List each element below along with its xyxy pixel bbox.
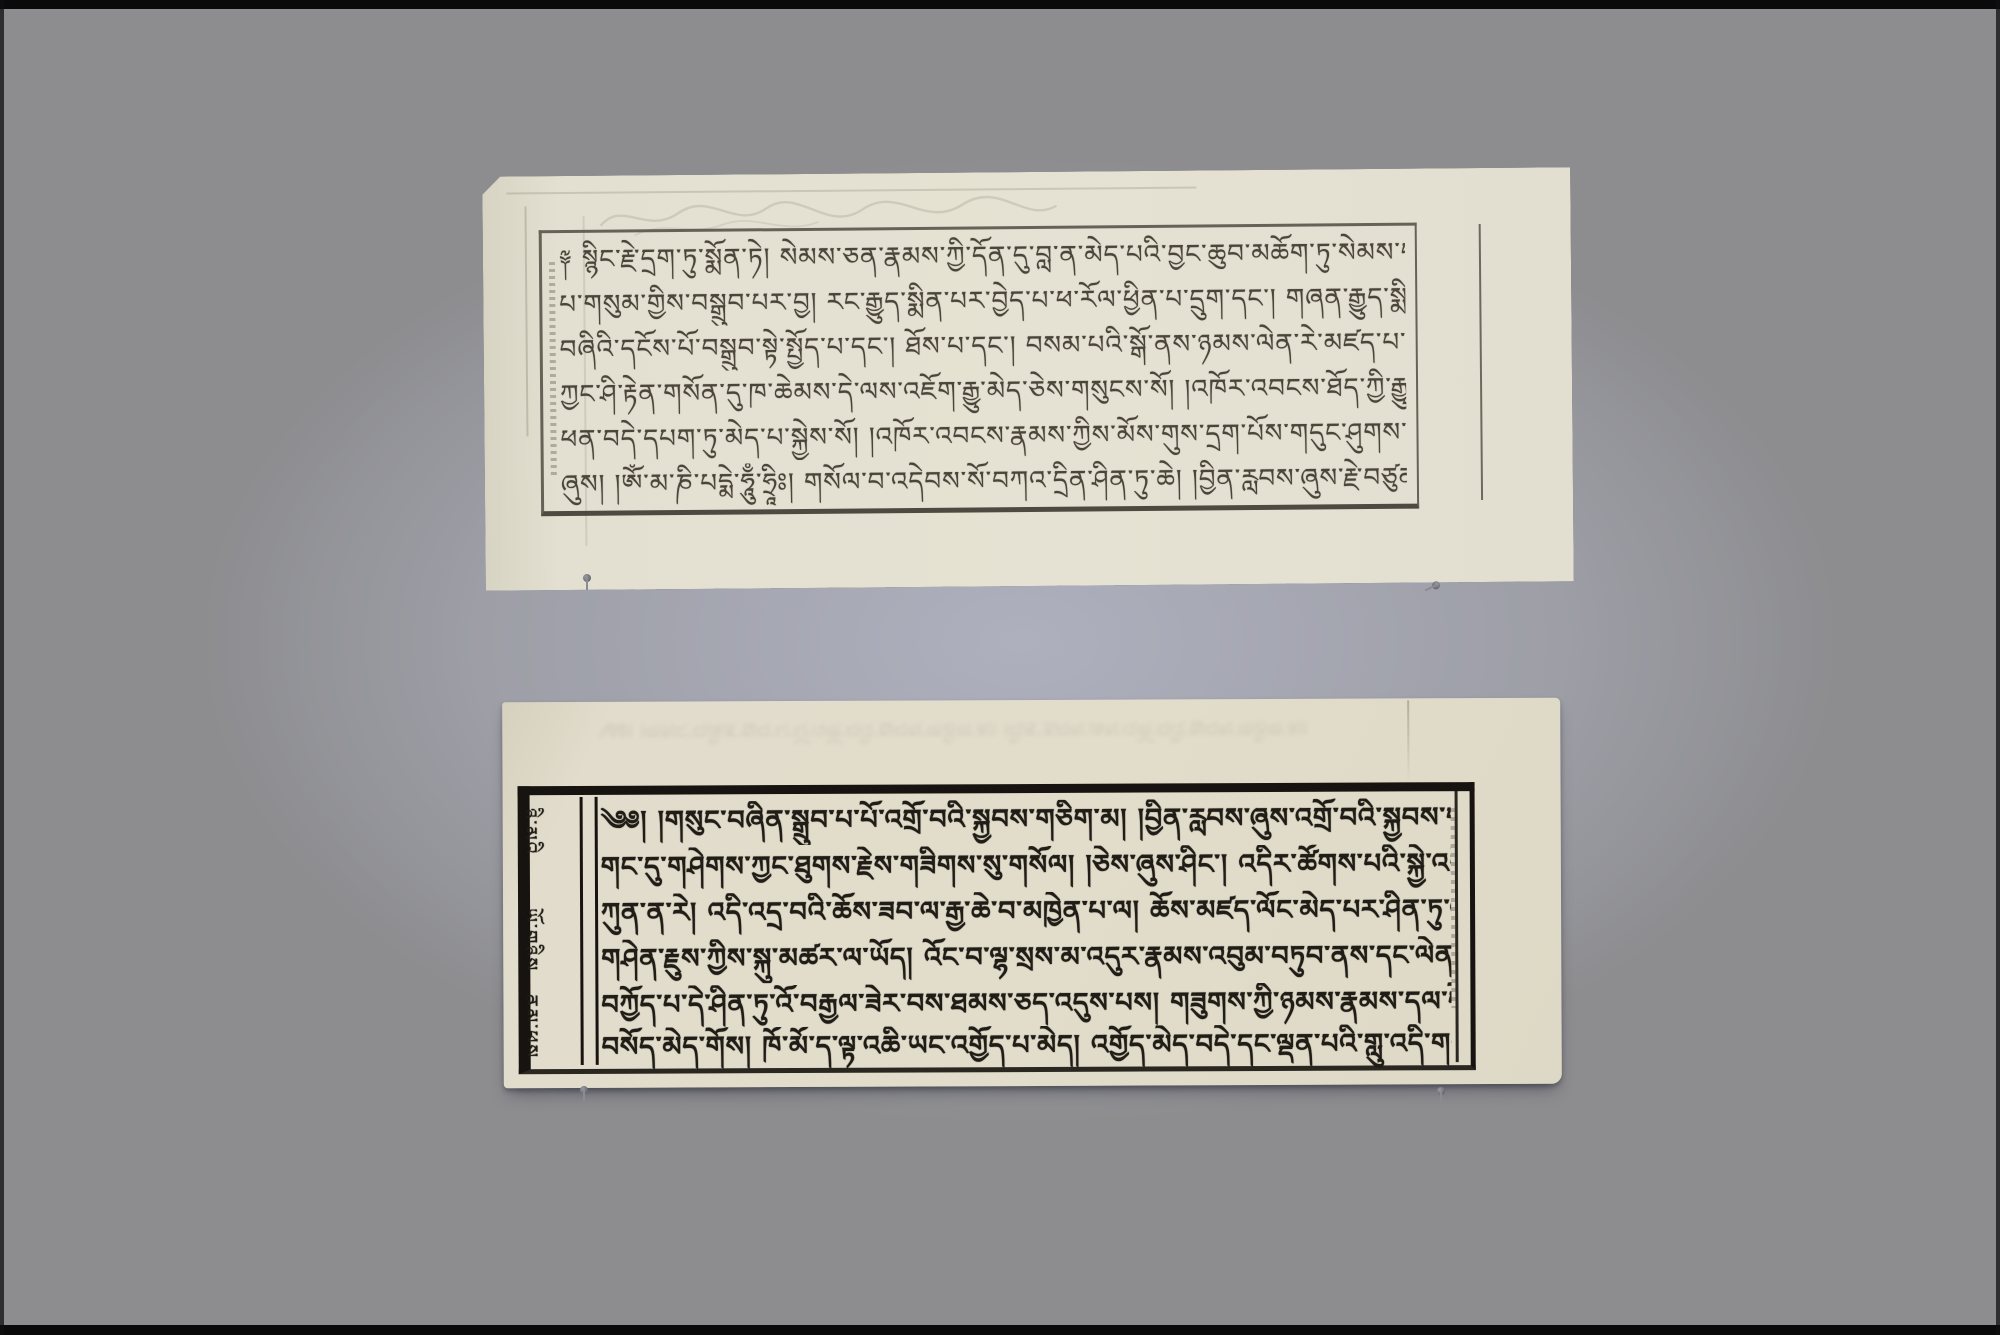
margin-label: ནམ་ཕས — [527, 994, 557, 1080]
text-line: ཀུན་ན་རེ། འདི་འདྲ་བའི་ཆོས་ཟབ་ལ་རྒྱ་ཆེ་བ་… — [601, 890, 1451, 938]
film-edge-right — [1996, 0, 2000, 1335]
film-edge-left — [0, 0, 4, 1335]
text-line: ཞུས། །ཨོཾ་མ་ཎི་པདྨེ་ཧཱུྃ་ཧྲཱིཿ། གསོལ་བ་འ… — [561, 458, 1407, 507]
text-line: ཕན་བདེ་དཔག་ཏུ་མེད་པ་སྐྱེས་སོ། །འཁོར་འབངས… — [560, 413, 1406, 462]
text-line: གང་དུ་གཤེགས་ཀྱང་ཐུགས་རྗེས་གཟིགས་སུ་གསོལ།… — [601, 844, 1451, 892]
text-line: ༄༅། །གསུང་བཞིན་སྒྲུབ་པ་པོ་འགྲོ་བའི་སྐྱབས… — [601, 798, 1451, 846]
pin-stem — [583, 1090, 585, 1102]
text-line: བསོད་མེད་གོས། ཁོ་མོ་ད་ལྟ་འཆི་ཡང་འགྱོད་པ་… — [602, 1024, 1452, 1072]
text-line: བཀྱོད་པ་དེ་ཤིན་ཏུ་འོ་བརྒྱལ་ཟེར་བས་ཐམས་ཅད… — [601, 982, 1451, 1030]
folio-top-leaf: ༈ སྙིང་རྗེ་དྲག་ཏུ་སྨོན་ཏེ། སེམས་ཅན་རྣམས་… — [482, 167, 1574, 590]
margin-label: ཡོ་གཉིས — [527, 908, 557, 994]
text-line: པ་གསུམ་གྱིས་བསྒྲུབ་པར་བྱ། རང་རྒྱུད་སྨིན་… — [559, 278, 1405, 327]
folio-bottom-leaf: ༄༅། །གསུང་བཞིན་སྒྲུབ་པ་པོ་འགྲོ་བའི་སྐྱབས… — [502, 698, 1562, 1089]
film-edge-bottom — [0, 1325, 2000, 1335]
text-line: གཤེན་རྗུས་ཀྱིས་སྐུ་མཚར་ལ་ཡོད། འོང་བ་ལྷ་ས… — [601, 936, 1451, 984]
margin-label: ཉི་མའི — [527, 808, 557, 894]
printed-frame-outer-rule — [1479, 224, 1483, 500]
text-line: ཀྱང་ཤི་རྟེན་གསོན་དུ་ཁ་ཆེམས་དེ་ལས་འཇོག་རྒ… — [560, 368, 1406, 417]
text-line: ༈ སྙིང་རྗེ་དྲག་ཏུ་སྨོན་ཏེ། སེམས་ཅན་རྣམས་… — [559, 233, 1405, 282]
text-line: བཞིའི་དངོས་པོ་བསྒྲུབ་སྟེ་སྤྱོད་པ་དང་། ཐོ… — [560, 323, 1406, 372]
paper-crease — [1407, 700, 1409, 784]
margin-divider-rules — [580, 797, 599, 1065]
pin-stem — [586, 578, 588, 590]
film-edge-top — [0, 0, 2000, 9]
photo-stage: ༈ སྙིང་རྗེ་དྲག་ཏུ་སྨོན་ཏེ། སེམས་ཅན་རྣམས་… — [0, 0, 2000, 1335]
pin-stem — [1440, 1091, 1442, 1103]
ghost-setoff-text: ༄༅། །གསུང་བཞིན་སྒྲུབ་པ་པོ་འགྲོ་བའི་སྐྱབས… — [597, 720, 1452, 754]
ghost-setoff-line — [524, 206, 528, 436]
